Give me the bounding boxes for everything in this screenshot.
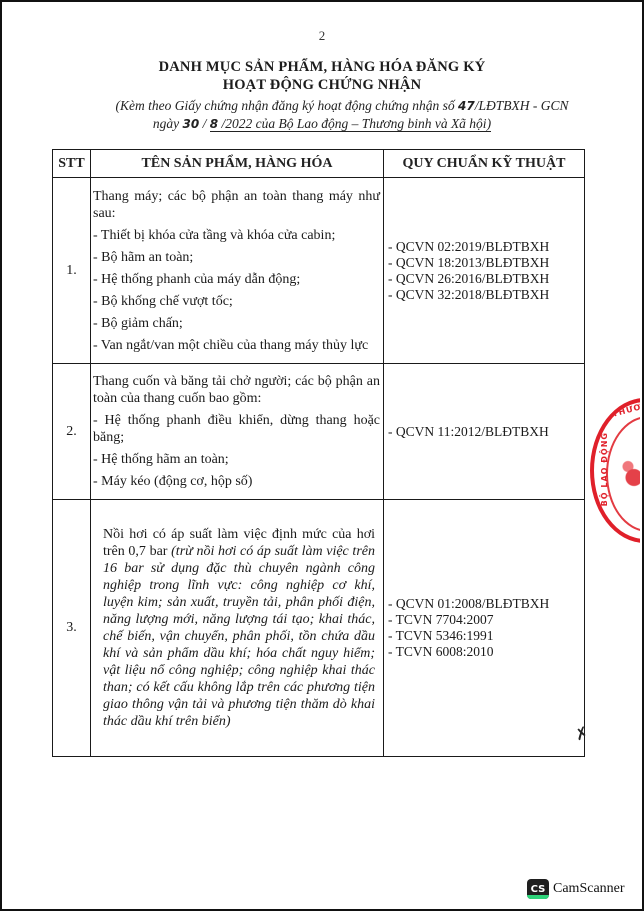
subtitle-suffix: /LĐTBXH - GCN: [475, 98, 569, 113]
date-separator: /: [203, 116, 210, 131]
standard-item: - QCVN 02:2019/BLĐTBXH: [388, 239, 584, 255]
product-component: - Bộ hãm an toàn;: [93, 249, 380, 266]
product-component: - Hệ thống hãm an toàn;: [93, 451, 380, 468]
camscanner-logo-icon: CS: [527, 879, 549, 899]
date-prefix: ngày: [153, 116, 183, 131]
table-row: 3. Nồi hơi có áp suất làm việc định mức …: [53, 500, 585, 757]
product-component: - Máy kéo (động cơ, hộp số): [93, 473, 380, 490]
column-header-product: TÊN SẢN PHẨM, HÀNG HÓA: [91, 150, 384, 178]
row-product: Nồi hơi có áp suất làm việc định mức của…: [91, 500, 384, 757]
product-component: - Thiết bị khóa cửa tầng và khóa cửa cab…: [93, 227, 380, 244]
official-seal: THƯƠ BỘ LAO ĐỘNG: [590, 390, 640, 555]
page-number: 2: [0, 28, 644, 44]
standard-item: - QCVN 11:2012/BLĐTBXH: [388, 424, 584, 440]
column-header-standard: QUY CHUẨN KỸ THUẬT: [384, 150, 585, 178]
seal-text-left: BỘ LAO ĐỘNG: [600, 432, 609, 506]
document-title-line1: DANH MỤC SẢN PHẨM, HÀNG HÓA ĐĂNG KÝ: [0, 59, 644, 76]
product-component: - Hệ thống phanh điều khiển, dừng thang …: [93, 412, 380, 446]
table-row: 2. Thang cuốn và băng tải chở người; các…: [53, 364, 585, 500]
date-month: 8: [210, 117, 218, 131]
row-stt: 1.: [53, 178, 91, 364]
date-day: 30: [183, 117, 200, 131]
product-catalog-table: STT TÊN SẢN PHẨM, HÀNG HÓA QUY CHUẨN KỸ …: [52, 149, 585, 757]
product-intro: Thang cuốn và băng tải chở người; các bộ…: [93, 373, 380, 407]
row-stt: 2.: [53, 364, 91, 500]
row-standards: - QCVN 02:2019/BLĐTBXH - QCVN 18:2013/BL…: [384, 178, 585, 364]
table-row: 1. Thang máy; các bộ phận an toàn thang …: [53, 178, 585, 364]
product-component: - Van ngắt/van một chiều của thang máy t…: [93, 337, 380, 354]
row-standards: - QCVN 11:2012/BLĐTBXH: [384, 364, 585, 500]
seal-emblem-icon: [616, 450, 640, 505]
row-product: Thang máy; các bộ phận an toàn thang máy…: [91, 178, 384, 364]
seal-outer-ring: THƯƠ BỘ LAO ĐỘNG: [590, 398, 640, 543]
date-year-ministry: /2022 của Bộ Lao động – Thương binh và X…: [218, 116, 491, 131]
row-product: Thang cuốn và băng tải chở người; các bộ…: [91, 364, 384, 500]
subtitle-line1: (Kèm theo Giấy chứng nhận đăng ký hoạt đ…: [42, 98, 642, 114]
standard-item: - QCVN 18:2013/BLĐTBXH: [388, 255, 584, 271]
row-standards: - QCVN 01:2008/BLĐTBXH - TCVN 7704:2007 …: [384, 500, 585, 757]
standard-item: - TCVN 5346:1991: [388, 628, 584, 644]
camscanner-watermark: CS CamScanner: [527, 879, 625, 899]
column-header-stt: STT: [53, 150, 91, 178]
table-header-row: STT TÊN SẢN PHẨM, HÀNG HÓA QUY CHUẨN KỸ …: [53, 150, 585, 178]
document-title-line2: HOẠT ĐỘNG CHỨNG NHẬN: [0, 77, 644, 94]
seal-text-top: THƯƠ: [611, 402, 640, 418]
product-component: - Hệ thống phanh của máy dẫn động;: [93, 271, 380, 288]
camscanner-label: CamScanner: [553, 881, 625, 897]
standard-item: - TCVN 6008:2010: [388, 644, 584, 660]
subtitle-line2: ngày 30 / 8 /2022 của Bộ Lao động – Thươ…: [0, 116, 644, 132]
standard-item: - QCVN 26:2016/BLĐTBXH: [388, 271, 584, 287]
product-component: - Bộ khống chế vượt tốc;: [93, 293, 380, 310]
product-component: - Bộ giảm chấn;: [93, 315, 380, 332]
row-stt: 3.: [53, 500, 91, 757]
standard-item: - QCVN 32:2018/BLĐTBXH: [388, 287, 584, 303]
standard-item: - TCVN 7704:2007: [388, 612, 584, 628]
product-exclusion-note: (trừ nồi hơi có áp suất làm việc trên 16…: [103, 544, 375, 729]
product-intro: Thang máy; các bộ phận an toàn thang máy…: [93, 188, 380, 222]
standard-item: - QCVN 01:2008/BLĐTBXH: [388, 596, 584, 612]
subtitle-prefix: (Kèm theo Giấy chứng nhận đăng ký hoạt đ…: [116, 98, 458, 113]
certificate-number: 47: [458, 99, 475, 113]
